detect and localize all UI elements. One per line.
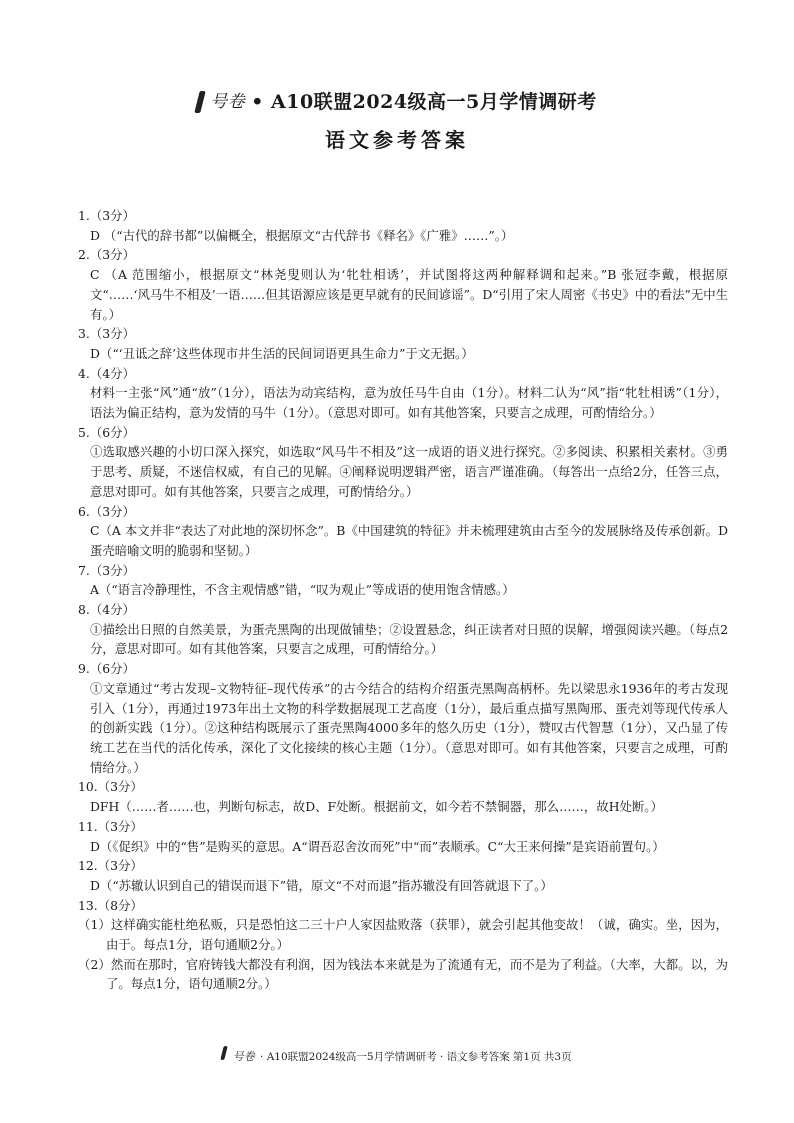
sub-answer-number: （1） [78, 917, 111, 932]
question-heading: 8.（4分） [78, 600, 728, 620]
question-2: 2.（3分） C （A 范围缩小，根据原文“林尧叟则认为‘牝牡相诱’，并试图将这… [78, 245, 728, 324]
question-answer: D（“苏辙认识到自己的错误而退下”错，原文“不对而退”指苏辙没有回答就退下了。） [78, 876, 728, 896]
answer-list: 1.（3分） D （“古代的辞书都”以偏概全，根据原文“古代辞书《释名》《广雅》… [78, 206, 728, 994]
question-answer: D （“古代的辞书都”以偏概全，根据原文“古代辞书《释名》《广雅》……”。） [78, 226, 728, 246]
question-9: 9.（6分） ①文章通过“考古发现–文物特征–现代传承”的古今结合的结构介绍蛋壳… [78, 659, 728, 777]
question-heading: 9.（6分） [78, 659, 728, 679]
sub-answer-2: （2）然而在那时，官府铸钱大都没有利润，因为钱法本来就是为了流通有无，而不是为了… [78, 955, 728, 994]
exam-title: 号卷 • A10联盟2024级高一5月学情调研考 [197, 88, 597, 116]
question-1: 1.（3分） D （“古代的辞书都”以偏概全，根据原文“古代辞书《释名》《广雅》… [78, 206, 728, 245]
question-heading: 2.（3分） [78, 245, 728, 265]
document-header: 号卷 • A10联盟2024级高一5月学情调研考 语文参考答案 [0, 88, 794, 155]
question-heading: 13.（8分） [78, 896, 728, 916]
question-5: 5.（6分） ①选取感兴趣的小切口深入探究，如选取“风马牛不相及”这一成语的语义… [78, 423, 728, 502]
exam-title-text: • A10联盟2024级高一5月学情调研考 [251, 88, 597, 116]
page-footer: 号卷 · A10联盟2024级高一5月学情调研考 · 语文参考答案 第1页 共3… [0, 1046, 794, 1065]
question-heading: 10.（3分） [78, 777, 728, 797]
brand-logo-icon [194, 91, 205, 113]
sub-answer-text: 这样确实能杜绝私贩，只是恐怕这二三十户人家因盐败落（获罪），就会引起其他变故！（… [106, 917, 728, 952]
question-13: 13.（8分） （1）这样确实能杜绝私贩，只是恐怕这二三十户人家因盐败落（获罪）… [78, 896, 728, 995]
question-11: 11.（3分） D（《促织》中的“售”是购买的意思。A“谓吾忍舍汝而死”中“而”… [78, 817, 728, 856]
question-heading: 4.（4分） [78, 364, 728, 384]
question-answer: ①文章通过“考古发现–文物特征–现代传承”的古今结合的结构介绍蛋壳黑陶高柄杯。先… [78, 679, 728, 778]
question-heading: 3.（3分） [78, 324, 728, 344]
question-4: 4.（4分） 材料一主张“风”通“放”（1分），语法为动宾结构，意为放任马牛自由… [78, 364, 728, 423]
sub-answer-text: 然而在那时，官府铸钱大都没有利润，因为钱法本来就是为了流通有无，而不是为了利益。… [106, 957, 728, 992]
document-subtitle: 语文参考答案 [0, 125, 794, 155]
question-heading: 11.（3分） [78, 817, 728, 837]
question-answer: 材料一主张“风”通“放”（1分），语法为动宾结构，意为放任马牛自由（1分）。材料… [78, 383, 728, 422]
footer-text: · A10联盟2024级高一5月学情调研考 · 语文参考答案 第1页 共3页 [260, 1051, 572, 1063]
question-answer: C （A 范围缩小，根据原文“林尧叟则认为‘牝牡相诱’，并试图将这两种解释调和起… [78, 265, 728, 324]
footer-logo-icon [221, 1046, 228, 1060]
question-heading: 1.（3分） [78, 206, 728, 226]
question-10: 10.（3分） DFH（……者……也，判断句标志，故D、F处断。根据前文，如今若… [78, 777, 728, 816]
question-12: 12.（3分） D（“苏辙认识到自己的错误而退下”错，原文“不对而退”指苏辙没有… [78, 856, 728, 895]
question-answer: A（“语言冷静理性，不含主观情感”错，“叹为观止”等成语的使用饱含情感。） [78, 580, 728, 600]
question-8: 8.（4分） ①描绘出日照的自然美景，为蛋壳黑陶的出现做铺垫；②设置悬念，纠正读… [78, 600, 728, 659]
question-7: 7.（3分） A（“语言冷静理性，不含主观情感”错，“叹为观止”等成语的使用饱含… [78, 561, 728, 600]
question-6: 6.（3分） C（A 本文并非“表达了对此地的深切怀念”。B《中国建筑的特征》并… [78, 502, 728, 561]
question-3: 3.（3分） D（“‘丑诋之辞’这些体现市井生活的民间词语更具生命力”于文无据。… [78, 324, 728, 363]
question-answer: DFH（……者……也，判断句标志，故D、F处断。根据前文，如今若不禁铜器，那么…… [78, 797, 728, 817]
question-answer: D（“‘丑诋之辞’这些体现市井生活的民间词语更具生命力”于文无据。） [78, 344, 728, 364]
question-heading: 6.（3分） [78, 502, 728, 522]
question-heading: 7.（3分） [78, 561, 728, 581]
question-answer: ①描绘出日照的自然美景，为蛋壳黑陶的出现做铺垫；②设置悬念，纠正读者对日照的误解… [78, 620, 728, 659]
question-answer: D（《促织》中的“售”是购买的意思。A“谓吾忍舍汝而死”中“而”表顺承。C“大王… [78, 837, 728, 857]
sub-answer-1: （1）这样确实能杜绝私贩，只是恐怕这二三十户人家因盐败落（获罪），就会引起其他变… [78, 915, 728, 954]
sub-answer-number: （2） [78, 957, 111, 972]
question-answer: C（A 本文并非“表达了对此地的深切怀念”。B《中国建筑的特征》并未梳理建筑由古… [78, 521, 728, 560]
footer-logo-text: 号卷 [233, 1050, 255, 1063]
question-heading: 12.（3分） [78, 856, 728, 876]
brand-logo-text: 号卷 [210, 88, 245, 116]
question-answer: ①选取感兴趣的小切口深入探究，如选取“风马牛不相及”这一成语的语义进行探究。②多… [78, 442, 728, 501]
question-heading: 5.（6分） [78, 423, 728, 443]
